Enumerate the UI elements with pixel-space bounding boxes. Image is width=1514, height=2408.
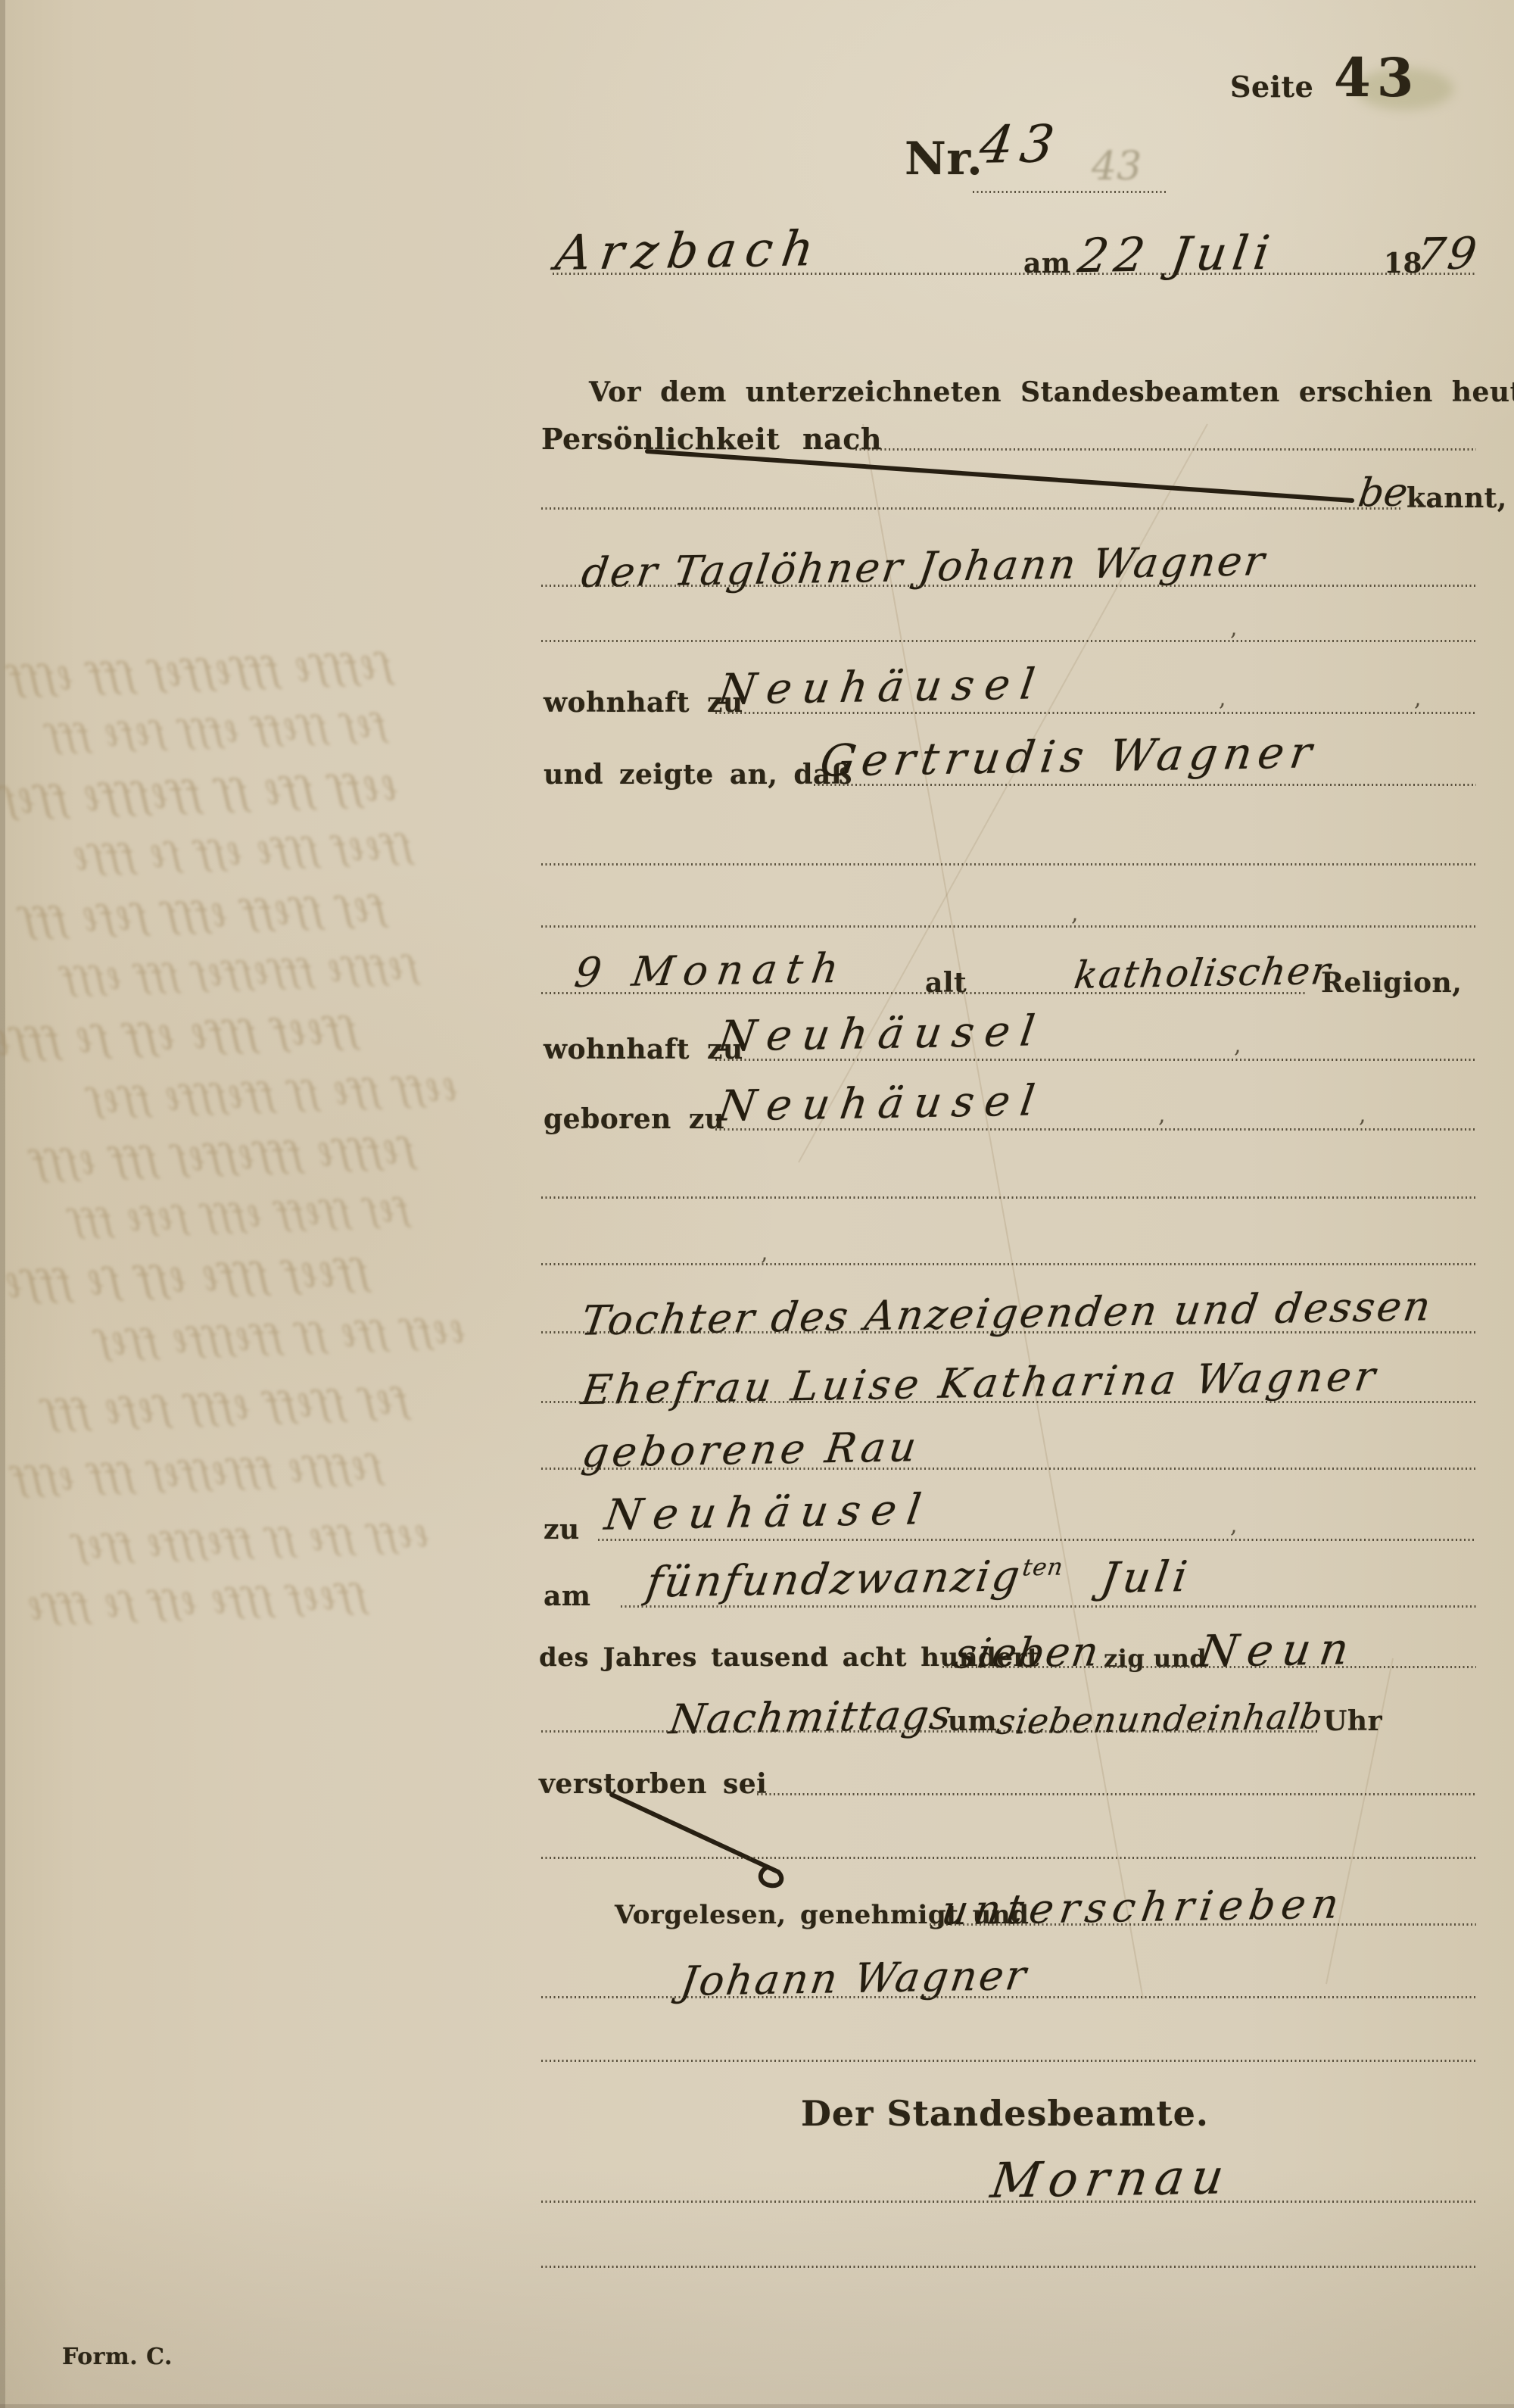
dotted-rule	[598, 1539, 1476, 1541]
geboren-zu-label: geboren zu	[544, 1106, 724, 1133]
bleed-through-handwriting	[45, 710, 387, 753]
dotted-rule	[715, 1059, 1476, 1061]
deceased-name-entry: Gertrudis Wagner	[818, 730, 1320, 782]
dotted-rule	[541, 1857, 1476, 1859]
death-day-word: fünfundzwanzig	[643, 1552, 1025, 1608]
declarant-signature: Johann Wagner	[678, 1955, 1031, 2002]
registrar-signature: Mornau	[988, 2153, 1234, 2205]
dotted-rule	[541, 992, 1306, 994]
record-number-ghost-impression: 43	[1092, 144, 1142, 189]
intro-clause: Vor dem unterzeichneten Standesbeamten e…	[589, 379, 1514, 406]
uhr-label: Uhr	[1323, 1708, 1382, 1735]
bleed-through-handwriting	[18, 891, 386, 939]
death-register-page: Seite 43 Nr. 43 43 Arzbach am 22 Juli 18…	[0, 0, 1514, 2408]
kannt-label: kannt,	[1407, 485, 1507, 512]
dotted-rule	[930, 1923, 1476, 1926]
bleed-through-handwriting	[0, 769, 398, 819]
wohnhaft-zu-label-a: wohnhaft zu	[544, 689, 743, 716]
bleed-through-handwriting	[11, 1451, 382, 1497]
dotted-rule	[942, 1666, 1476, 1668]
page-left-edge	[0, 0, 5, 2408]
dotted-rule	[541, 863, 1476, 866]
year-entry: 79	[1414, 231, 1482, 276]
bleed-through-handwriting	[26, 1580, 367, 1626]
death-day-entry: fünfundzwanzigten	[643, 1555, 1064, 1605]
wohnhaft-zu-label-b: wohnhaft zu	[544, 1036, 743, 1063]
comma-mark	[1219, 688, 1226, 710]
dotted-rule	[541, 640, 1476, 642]
comma-mark	[1158, 1104, 1166, 1127]
bleed-through-handwriting	[71, 831, 413, 876]
dotted-rule	[541, 2201, 1476, 2203]
dotted-rule	[973, 191, 1166, 193]
hour-entry: siebenundeinhalb	[995, 1698, 1326, 1739]
am-label-2: am	[544, 1583, 590, 1610]
persoenlichkeit-label: Persönlichkeit nach	[541, 425, 882, 454]
time-of-day-entry: Nachmittags	[667, 1695, 955, 1740]
record-number-label: Nr.	[905, 136, 983, 182]
residence-entry-b: Neuhäusel	[715, 1010, 1048, 1058]
comma-mark	[1230, 1514, 1238, 1537]
dotted-rule	[541, 2060, 1476, 2062]
bleed-through-handwriting	[60, 952, 418, 996]
zu-label: zu	[544, 1516, 580, 1543]
death-month-entry: Juli	[1098, 1556, 1195, 1600]
bleed-through-handwriting	[3, 1255, 369, 1304]
bleed-through-handwriting	[7, 648, 392, 697]
comma-mark	[761, 1242, 768, 1265]
residence-entry-a: Neuhäusel	[715, 663, 1048, 711]
comma-mark	[1071, 903, 1079, 925]
bleed-through-handwriting	[30, 1133, 415, 1181]
death-place-entry: Neuhäusel	[602, 1489, 934, 1536]
birthplace-entry: Neuhäusel	[715, 1080, 1048, 1128]
dotted-rule	[553, 273, 1476, 275]
register-place-entry: Arzbach	[553, 225, 826, 278]
page-bottom-edge	[0, 2404, 1514, 2408]
bleed-through-handwriting	[67, 1194, 410, 1238]
page-number: 43	[1334, 51, 1419, 104]
parentage-entry-line3: geborene Rau	[580, 1427, 923, 1474]
dotted-rule	[541, 1331, 1476, 1333]
comma-mark	[1234, 1034, 1241, 1057]
religion-entry: katholischer	[1072, 952, 1334, 994]
dotted-rule	[541, 507, 1400, 510]
year-tens-entry: sieben	[952, 1631, 1102, 1674]
verstorben-sei-label: verstorben sei	[539, 1770, 767, 1798]
dotted-rule	[855, 448, 1476, 451]
death-day-ordinal-suffix: ten	[1020, 1554, 1065, 1582]
comma-mark	[1414, 688, 1422, 710]
bleed-through-handwriting	[94, 1315, 466, 1361]
bleed-through-handwriting	[86, 1072, 458, 1118]
dotted-rule	[541, 1196, 1476, 1199]
religion-label: Religion,	[1321, 969, 1462, 997]
form-type-label: Form. C.	[62, 2346, 173, 2369]
dotted-rule	[715, 1128, 1476, 1131]
dotted-rule	[621, 1605, 1476, 1608]
dotted-rule	[757, 1793, 1476, 1795]
page-word-label: Seite	[1230, 73, 1313, 101]
dotted-rule	[541, 1401, 1476, 1403]
dotted-rule	[541, 925, 1476, 928]
comma-mark	[1359, 1104, 1366, 1127]
comma-mark	[1230, 617, 1238, 640]
dotted-rule	[541, 1263, 1476, 1265]
dotted-rule	[715, 712, 1476, 714]
dotted-rule	[541, 1996, 1476, 1998]
record-number-value: 43	[977, 119, 1064, 172]
dotted-rule	[541, 1730, 1317, 1733]
dotted-rule	[541, 1468, 1476, 1470]
bleed-through-handwriting	[41, 1383, 409, 1431]
dotted-rule	[541, 2266, 1476, 2268]
standesbeamte-label: Der Standesbeamte.	[801, 2096, 1209, 2131]
age-entry: 9 Monath	[572, 948, 850, 993]
bleed-through-handwriting	[71, 1520, 429, 1564]
dotted-rule	[541, 585, 1476, 587]
und-zeigte-an-label: und zeigte an, daß	[544, 761, 852, 788]
bleed-through-handwriting	[0, 1012, 358, 1062]
dotted-rule	[814, 784, 1476, 786]
